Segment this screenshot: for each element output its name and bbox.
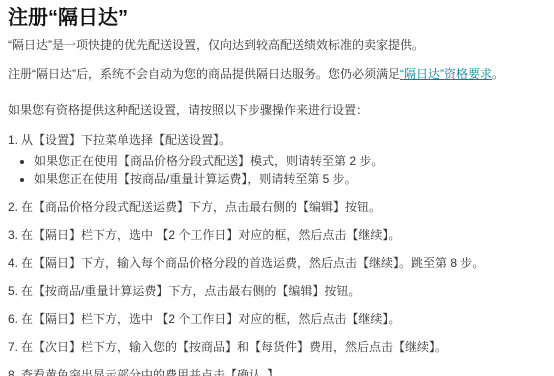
step-text: 在【商品价格分段式配送运费】下方，点击最右侧的【编辑】按钮。 bbox=[21, 200, 381, 214]
eligibility-requirements-link[interactable]: “隔日达”资格要求 bbox=[400, 67, 492, 81]
step-text: 从【设置】下拉菜单选择【配送设置】。 bbox=[21, 133, 231, 147]
step-item-5: 5.在【按商品/重量计算运费】下方，点击最右侧的【编辑】按钮。 bbox=[8, 283, 544, 300]
step-number: 5. bbox=[8, 284, 18, 298]
page-title: 注册“隔日达” bbox=[8, 6, 544, 30]
step-number: 2. bbox=[8, 200, 18, 214]
substep-text: 如果您正在使用【商品价格分段式配送】模式，则请转至第 2 步。 bbox=[34, 154, 383, 168]
step-item-6: 6.在【隔日】栏下方，选中 【2 个工作日】对应的框，然后点击【继续】。 bbox=[8, 311, 544, 328]
intro-paragraph-2-text: 注册“隔日达”后，系统不会自动为您的商品提供隔日达服务。您仍必须满足 bbox=[8, 67, 400, 81]
step-item-8: 8.查看黄色突出显示部分中的费用并点击【确认。】 bbox=[8, 367, 544, 376]
intro-paragraph-2: 注册“隔日达”后，系统不会自动为您的商品提供隔日达服务。您仍必须满足“隔日达”资… bbox=[8, 66, 544, 83]
step-text: 在【按商品/重量计算运费】下方，点击最右侧的【编辑】按钮。 bbox=[21, 284, 360, 298]
step-text: 在【隔日】下方，输入每个商品价格分段的首选运费，然后点击【继续】。跳至第 8 步… bbox=[21, 256, 484, 270]
substep-text: 如果您正在使用【按商品/重量计算运费】，则请转至第 5 步。 bbox=[34, 172, 357, 186]
steps-list: 1.从【设置】下拉菜单选择【配送设置】。 如果您正在使用【商品价格分段式配送】模… bbox=[8, 132, 544, 376]
step-number: 8. bbox=[8, 368, 18, 376]
step-text: 在【隔日】栏下方，选中 【2 个工作日】对应的框，然后点击【继续】。 bbox=[21, 228, 400, 242]
intro-paragraph-2-suffix: 。 bbox=[492, 67, 504, 81]
step-number: 4. bbox=[8, 256, 18, 270]
intro-paragraph-1: “隔日达”是一项快捷的优先配送设置，仅向达到较高配送绩效标准的卖家提供。 bbox=[8, 37, 544, 54]
substep-item: 如果您正在使用【商品价格分段式配送】模式，则请转至第 2 步。 bbox=[34, 153, 544, 170]
help-article: 注册“隔日达” “隔日达”是一项快捷的优先配送设置，仅向达到较高配送绩效标准的卖… bbox=[0, 0, 554, 376]
step-text: 查看黄色突出显示部分中的费用并点击【确认。】 bbox=[21, 368, 279, 376]
step-number: 1. bbox=[8, 133, 18, 147]
step-item-4: 4.在【隔日】下方，输入每个商品价格分段的首选运费，然后点击【继续】。跳至第 8… bbox=[8, 255, 544, 272]
step-number: 6. bbox=[8, 312, 18, 326]
step-item-7: 7.在【次日】栏下方，输入您的【按商品】和【每货件】费用，然后点击【继续】。 bbox=[8, 339, 544, 356]
step-item-3: 3.在【隔日】栏下方，选中 【2 个工作日】对应的框，然后点击【继续】。 bbox=[8, 227, 544, 244]
substep-item: 如果您正在使用【按商品/重量计算运费】，则请转至第 5 步。 bbox=[34, 171, 544, 188]
step-item-2: 2.在【商品价格分段式配送运费】下方，点击最右侧的【编辑】按钮。 bbox=[8, 199, 544, 216]
step-number: 7. bbox=[8, 340, 18, 354]
step-number: 3. bbox=[8, 228, 18, 242]
step-text: 在【次日】栏下方，输入您的【按商品】和【每货件】费用，然后点击【继续】。 bbox=[21, 340, 447, 354]
steps-intro: 如果您有资格提供这种配送设置，请按照以下步骤操作来进行设置： bbox=[8, 102, 544, 119]
step-item-1: 1.从【设置】下拉菜单选择【配送设置】。 如果您正在使用【商品价格分段式配送】模… bbox=[8, 132, 544, 188]
step-1-substeps: 如果您正在使用【商品价格分段式配送】模式，则请转至第 2 步。 如果您正在使用【… bbox=[8, 153, 544, 188]
step-text: 在【隔日】栏下方，选中 【2 个工作日】对应的框，然后点击【继续】。 bbox=[21, 312, 400, 326]
